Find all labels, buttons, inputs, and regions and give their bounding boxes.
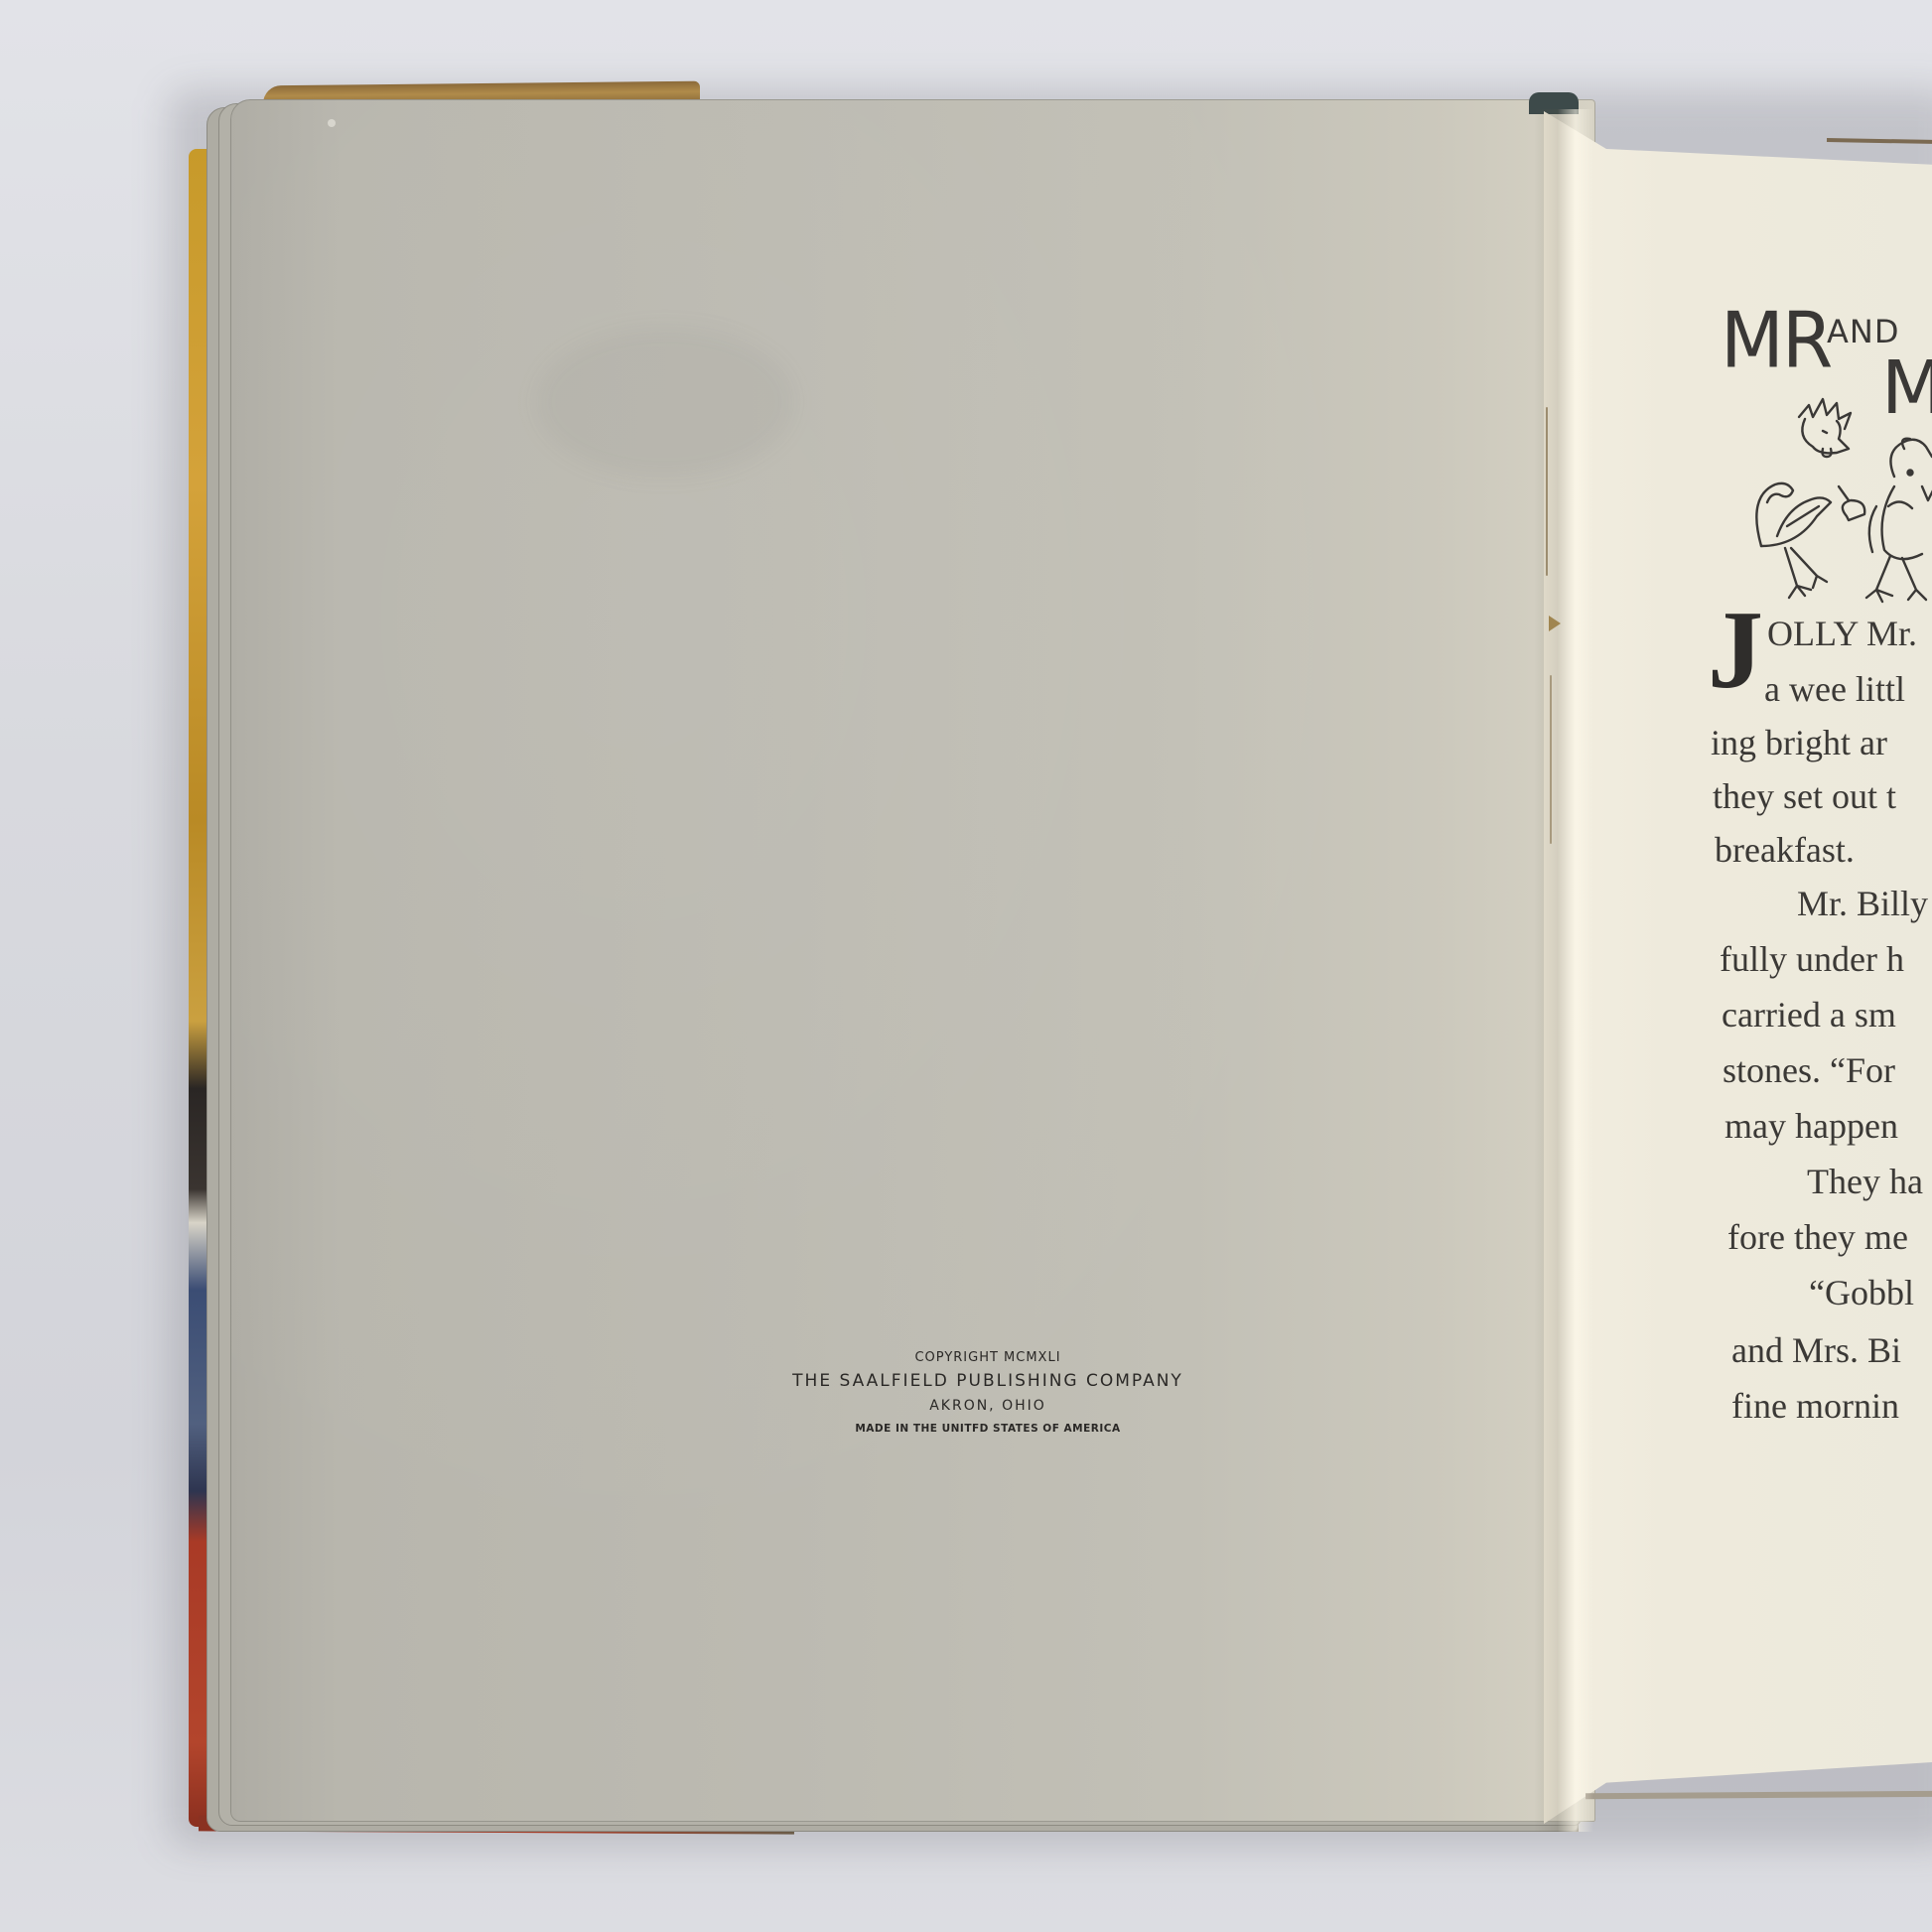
title-mr: MR xyxy=(1721,296,1831,385)
text-line: fully under h xyxy=(1720,938,1904,980)
page-corner-mark xyxy=(328,119,336,127)
origin-line: MADE IN THE UNITFD STATES OF AMERICA xyxy=(695,1418,1281,1440)
drop-cap: J xyxy=(1708,601,1763,700)
text-line: carried a sm xyxy=(1722,994,1896,1035)
book-gutter xyxy=(1534,109,1593,1832)
left-page[interactable] xyxy=(230,99,1595,1822)
text-line: fine mornin xyxy=(1731,1385,1899,1427)
text-line: Mr. Billy xyxy=(1797,883,1928,924)
text-line: they set out t xyxy=(1713,775,1896,817)
text-line: “Gobbl xyxy=(1809,1272,1914,1313)
binding-knot-icon xyxy=(1549,616,1561,631)
text-line: and Mrs. Bi xyxy=(1731,1329,1901,1371)
text-line: fore they me xyxy=(1727,1216,1908,1258)
text-line: breakfast. xyxy=(1715,829,1855,871)
text-line: ing bright ar xyxy=(1711,722,1887,763)
publisher-line: THE SAALFIELD PUBLISHING COMPANY xyxy=(695,1368,1281,1394)
location-line: AKRON, OHIO xyxy=(695,1394,1281,1418)
text-line: They ha xyxy=(1807,1161,1923,1202)
text-line: may happen xyxy=(1725,1105,1898,1147)
text-line: OLLY Mr. xyxy=(1767,613,1917,654)
text-line: a wee littl xyxy=(1764,668,1905,710)
binding-thread xyxy=(1550,675,1552,844)
binding-thread xyxy=(1546,407,1548,576)
page-stain xyxy=(536,328,794,477)
copyright-line: COPYRIGHT MCMXLI xyxy=(695,1348,1281,1368)
rooster-and-hen-drawing-icon xyxy=(1727,377,1932,606)
copyright-imprint: COPYRIGHT MCMXLI THE SAALFIELD PUBLISHIN… xyxy=(695,1348,1281,1440)
text-line: stones. “For xyxy=(1723,1049,1895,1091)
